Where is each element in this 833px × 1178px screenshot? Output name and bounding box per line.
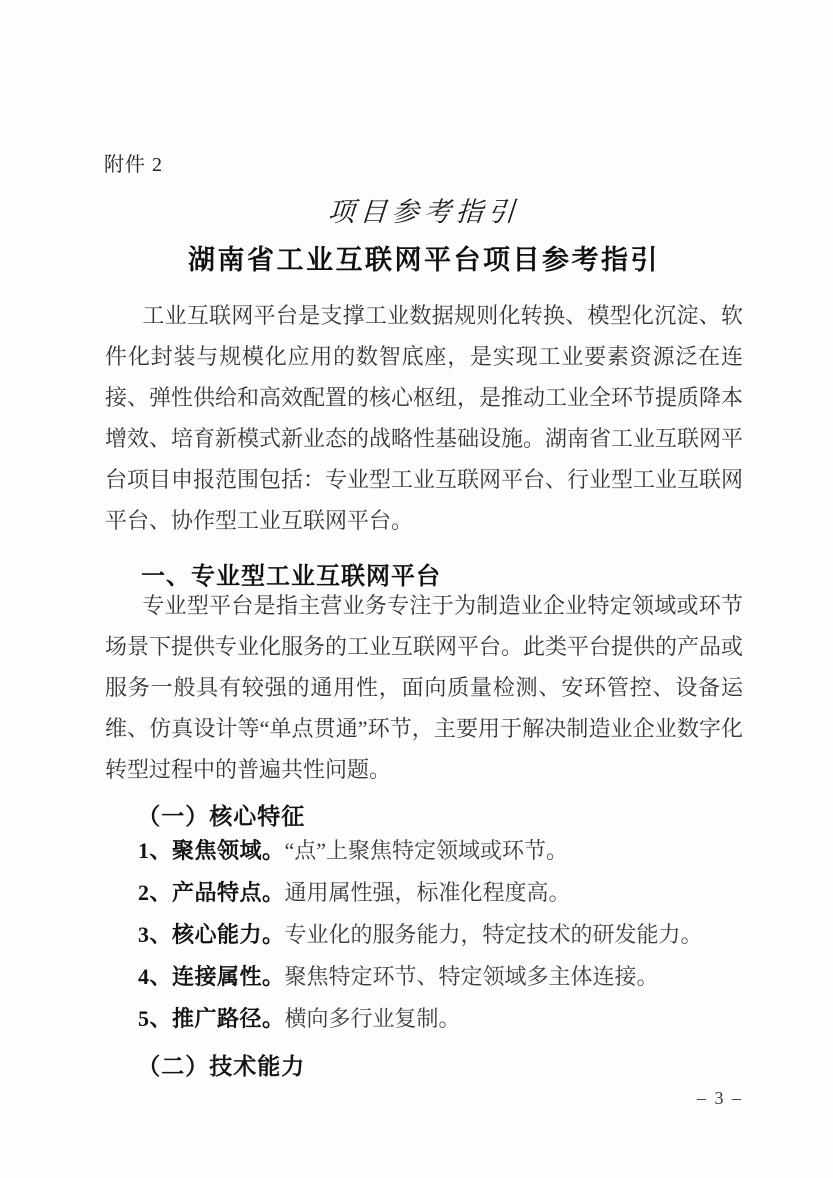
list-item-1-text: “点”上聚焦特定领域或环节。 <box>285 838 569 863</box>
list-item-3-lead: 3、核心能力。 <box>138 922 285 947</box>
document-title: 湖南省工业互联网平台项目参考指引 <box>105 238 743 277</box>
list-item-2-text: 通用属性强，标准化程度高。 <box>285 880 571 905</box>
list-item-5: 5、推广路径。横向多行业复制。 <box>105 998 743 1040</box>
subsection-1-heading: （一）核心特征 <box>105 798 743 831</box>
list-item-5-text: 横向多行业复制。 <box>285 1006 461 1031</box>
list-item-4: 4、连接属性。聚焦特定环节、特定领域多主体连接。 <box>105 956 743 998</box>
list-item-4-lead: 4、连接属性。 <box>138 964 285 989</box>
list-item-3-text: 专业化的服务能力，特定技术的研发能力。 <box>285 922 703 947</box>
list-item-1: 1、聚焦领域。“点”上聚焦特定领域或环节。 <box>105 830 743 872</box>
attachment-label: 附件 2 <box>104 148 163 177</box>
document-page: 附件 2 项目参考指引 湖南省工业互联网平台项目参考指引 工业互联网平台是支撑工… <box>0 0 833 1178</box>
list-item-5-lead: 5、推广路径。 <box>138 1006 285 1031</box>
list-item-4-text: 聚焦特定环节、特定领域多主体连接。 <box>285 964 659 989</box>
handwritten-title: 项目参考指引 <box>104 190 745 229</box>
list-item-3: 3、核心能力。专业化的服务能力，特定技术的研发能力。 <box>105 914 743 956</box>
list-item-2-lead: 2、产品特点。 <box>138 880 285 905</box>
list-item-2: 2、产品特点。通用属性强，标准化程度高。 <box>105 872 743 914</box>
subsection-2-heading: （二）技术能力 <box>105 1048 743 1081</box>
intro-paragraph: 工业互联网平台是支撑工业数据规则化转换、模型化沉淀、软件化封装与规模化应用的数智… <box>105 295 743 541</box>
list-item-1-lead: 1、聚焦领域。 <box>138 838 285 863</box>
core-features-list: 1、聚焦领域。“点”上聚焦特定领域或环节。 2、产品特点。通用属性强，标准化程度… <box>105 830 743 1040</box>
page-number: – 3 – <box>697 1088 743 1109</box>
section-1-paragraph: 专业型平台是指主营业务专注于为制造业企业特定领域或环节场景下提供专业化服务的工业… <box>105 585 743 790</box>
